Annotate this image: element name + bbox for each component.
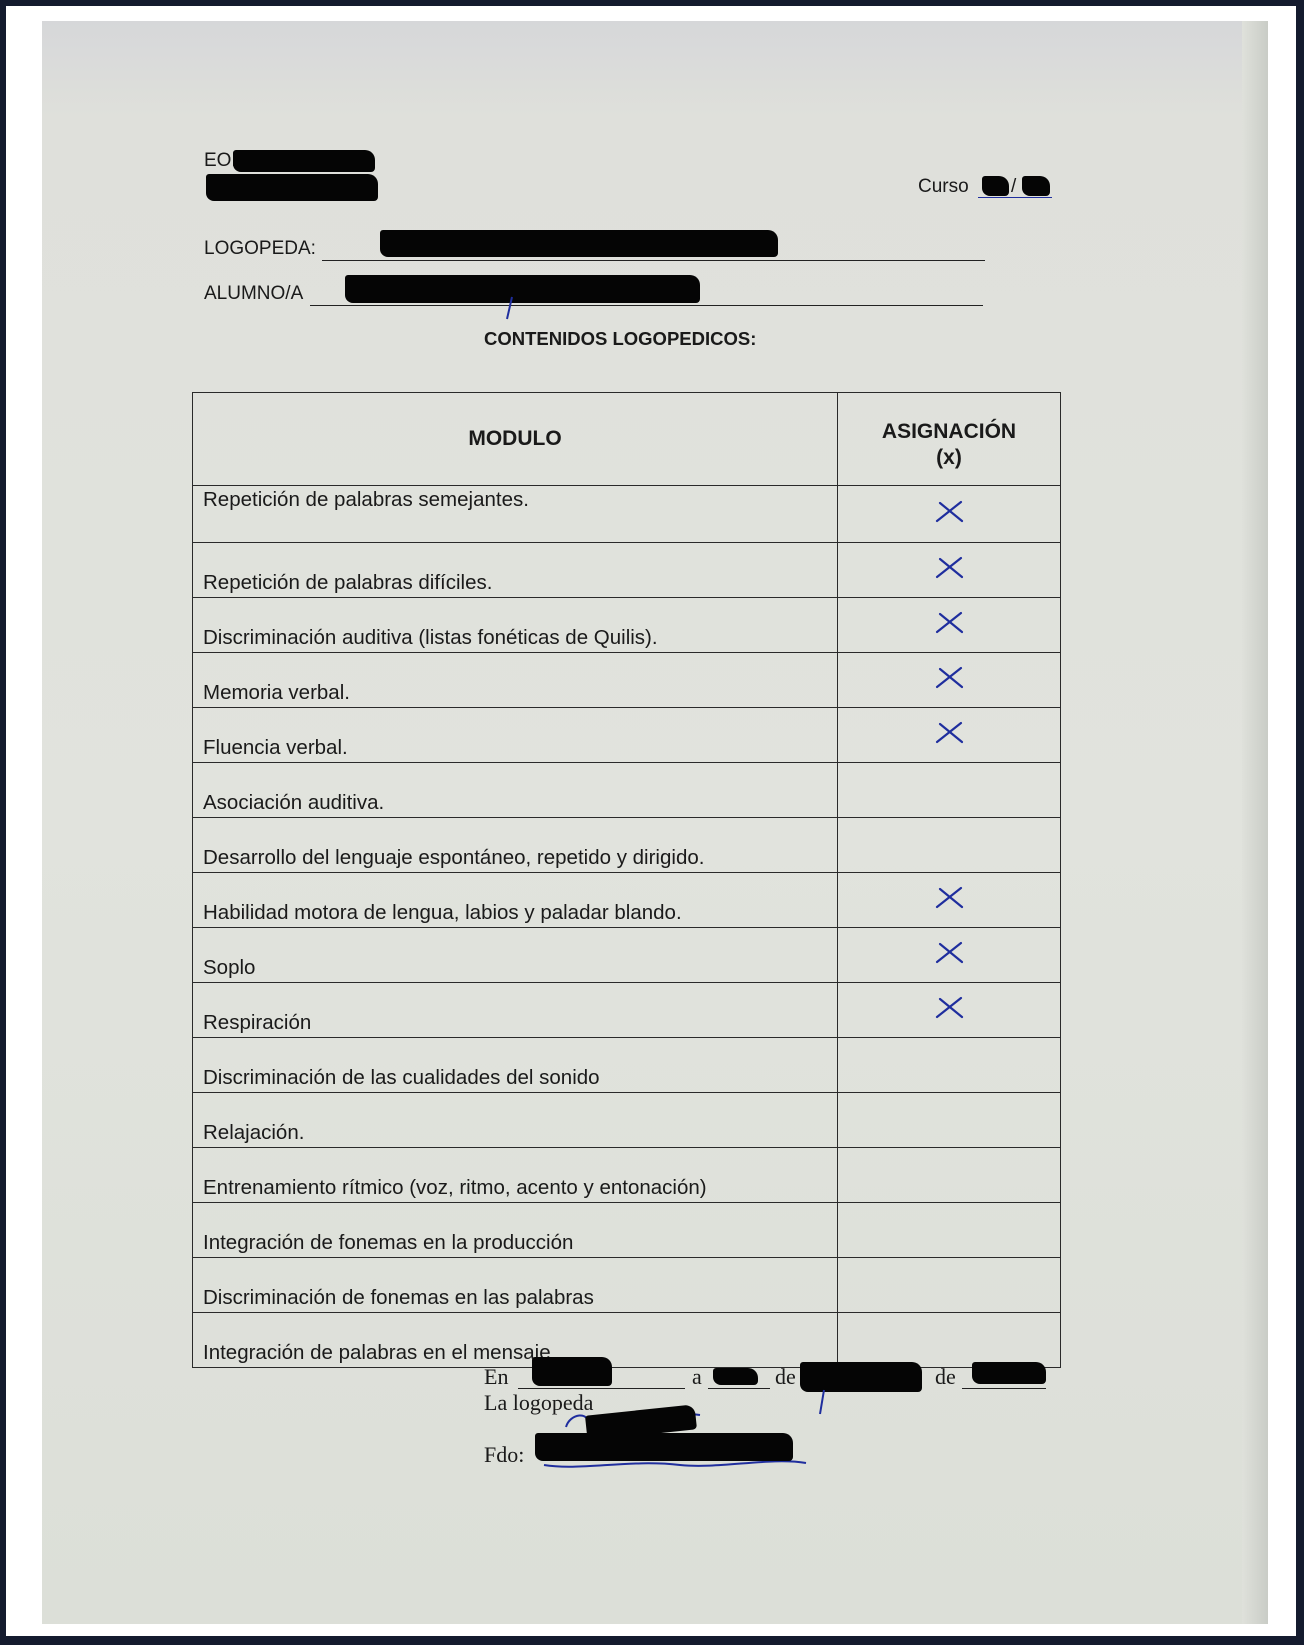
module-label: Soplo xyxy=(193,928,838,983)
module-label: Respiración xyxy=(193,983,838,1038)
curso-label: Curso xyxy=(918,176,969,198)
table-row: Soplo xyxy=(193,928,1061,983)
module-label: Integración de fonemas en la producción xyxy=(193,1203,838,1258)
redacted-curso-end xyxy=(1022,176,1050,196)
redacted-org-address xyxy=(206,174,378,201)
assignment-cell xyxy=(838,708,1061,763)
handwritten-x-mark-icon xyxy=(932,553,966,581)
handwritten-x-mark-icon xyxy=(932,497,966,525)
table-row: Integración de palabras en el mensaje xyxy=(193,1313,1061,1368)
table-header-row: MODULO ASIGNACIÓN (x) xyxy=(193,393,1061,486)
month-prefix-label: de xyxy=(775,1364,796,1390)
assignment-cell xyxy=(838,543,1061,598)
redacted-year xyxy=(972,1362,1046,1384)
handwritten-x-mark-icon xyxy=(932,663,966,691)
alumno-field-line xyxy=(310,305,983,306)
module-label: Asociación auditiva. xyxy=(193,763,838,818)
handwritten-x-mark-icon xyxy=(932,993,966,1021)
table-row: Discriminación auditiva (listas fonética… xyxy=(193,598,1061,653)
day-field-line xyxy=(708,1388,770,1389)
section-title: CONTENIDOS LOGOPEDICOS: xyxy=(484,328,756,350)
ink-stroke xyxy=(500,295,520,321)
assignment-cell xyxy=(838,1203,1061,1258)
module-label: Relajación. xyxy=(193,1093,838,1148)
assignment-cell xyxy=(838,818,1061,873)
logopeda-label: LOGOPEDA: xyxy=(204,238,316,260)
assignment-cell xyxy=(838,1038,1061,1093)
assignment-cell xyxy=(838,983,1061,1038)
column-header-asignacion: ASIGNACIÓN (x) xyxy=(838,393,1061,486)
handwritten-x-mark-icon xyxy=(932,608,966,636)
table-row: Discriminación de las cualidades del son… xyxy=(193,1038,1061,1093)
table-row: Discriminación de fonemas en las palabra… xyxy=(193,1258,1061,1313)
assignment-cell xyxy=(838,873,1061,928)
fdo-label: Fdo: xyxy=(484,1442,524,1468)
module-label: Desarrollo del lenguaje espontáneo, repe… xyxy=(193,818,838,873)
module-label: Integración de palabras en el mensaje xyxy=(193,1313,838,1368)
logopeda-field-line xyxy=(322,260,985,261)
asignacion-subtitle: (x) xyxy=(838,445,1060,471)
module-label: Discriminación auditiva (listas fonética… xyxy=(193,598,838,653)
page-edge-shadow xyxy=(1242,21,1268,1624)
redacted-day xyxy=(713,1368,758,1385)
table-row: Habilidad motora de lengua, labios y pal… xyxy=(193,873,1061,928)
module-label: Discriminación de fonemas en las palabra… xyxy=(193,1258,838,1313)
assignment-cell xyxy=(838,598,1061,653)
redacted-place xyxy=(532,1357,612,1386)
year-field-line xyxy=(962,1388,1046,1389)
table-row: Relajación. xyxy=(193,1093,1061,1148)
curso-underline xyxy=(978,197,1052,198)
day-prefix-label: a xyxy=(692,1364,702,1390)
assignment-cell xyxy=(838,763,1061,818)
table-row: Integración de fonemas en la producción xyxy=(193,1203,1061,1258)
redacted-org-name xyxy=(233,150,375,172)
redacted-signer-name xyxy=(535,1433,793,1461)
assignment-cell xyxy=(838,1313,1061,1368)
module-label: Memoria verbal. xyxy=(193,653,838,708)
asignacion-title: ASIGNACIÓN xyxy=(838,419,1060,445)
year-prefix-label: de xyxy=(935,1364,956,1390)
column-header-modulo: MODULO xyxy=(193,393,838,486)
module-label: Discriminación de las cualidades del son… xyxy=(193,1038,838,1093)
assignment-cell xyxy=(838,486,1061,543)
table-row: Entrenamiento rítmico (voz, ritmo, acent… xyxy=(193,1148,1061,1203)
table-row: Memoria verbal. xyxy=(193,653,1061,708)
handwritten-x-mark-icon xyxy=(932,938,966,966)
modules-table: MODULO ASIGNACIÓN (x) Repetición de pala… xyxy=(192,392,1061,1368)
assignment-cell xyxy=(838,1093,1061,1148)
place-field-line xyxy=(518,1388,685,1389)
module-label: Repetición de palabras semejantes. xyxy=(193,486,838,543)
module-label: Repetición de palabras difíciles. xyxy=(193,543,838,598)
ink-stroke xyxy=(815,1388,835,1418)
handwritten-x-mark-icon xyxy=(932,883,966,911)
table-row: Fluencia verbal. xyxy=(193,708,1061,763)
assignment-cell xyxy=(838,928,1061,983)
module-label: Habilidad motora de lengua, labios y pal… xyxy=(193,873,838,928)
module-label: Fluencia verbal. xyxy=(193,708,838,763)
table-row: Respiración xyxy=(193,983,1061,1038)
assignment-cell xyxy=(838,1148,1061,1203)
table-row: Asociación auditiva. xyxy=(193,763,1061,818)
table-row: Repetición de palabras difíciles. xyxy=(193,543,1061,598)
assignment-cell xyxy=(838,1258,1061,1313)
curso-separator: / xyxy=(1011,176,1016,198)
redacted-alumno-name xyxy=(345,275,700,303)
redacted-logopeda-name xyxy=(380,230,778,257)
place-label: En xyxy=(484,1364,508,1390)
table-row: Repetición de palabras semejantes. xyxy=(193,486,1061,543)
assignment-cell xyxy=(838,653,1061,708)
handwritten-x-mark-icon xyxy=(932,718,966,746)
table-row: Desarrollo del lenguaje espontáneo, repe… xyxy=(193,818,1061,873)
redacted-curso-start xyxy=(982,176,1009,196)
alumno-label: ALUMNO/A xyxy=(204,283,303,305)
module-label: Entrenamiento rítmico (voz, ritmo, acent… xyxy=(193,1148,838,1203)
